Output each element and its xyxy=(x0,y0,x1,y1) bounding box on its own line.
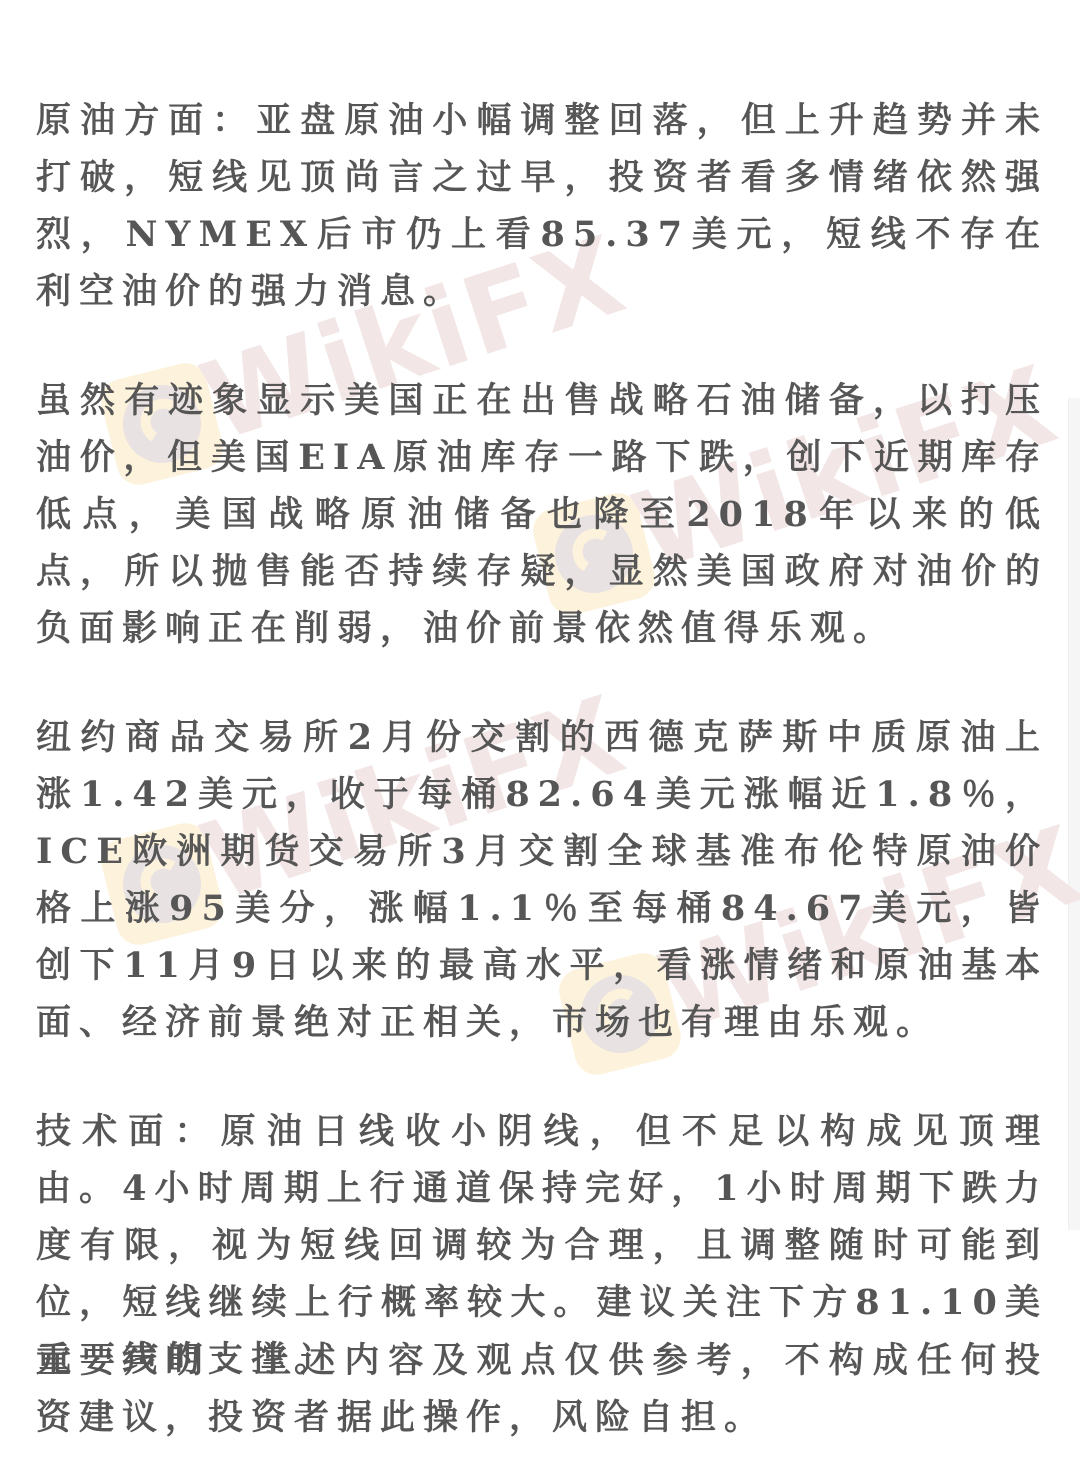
paragraph-us-reserves: 虽然有迹象显示美国正在出售战略石油储备，以打压油价，但美国EIA原油库存一路下跌… xyxy=(36,372,1048,657)
disclaimer-text: 重要声明：上述内容及观点仅供参考，不构成任何投资建议，投资者据此操作，风险自担。 xyxy=(36,1332,1048,1446)
article-body: 原油方面：亚盘原油小幅调整回落，但上升趋势并未打破，短线见顶尚言之过早，投资者看… xyxy=(36,92,1048,1388)
paragraph-crude-overview: 原油方面：亚盘原油小幅调整回落，但上升趋势并未打破，短线见顶尚言之过早，投资者看… xyxy=(36,92,1048,320)
disclaimer-section: 重要声明：上述内容及观点仅供参考，不构成任何投资建议，投资者据此操作，风险自担。 xyxy=(36,1332,1048,1446)
right-edge-panel xyxy=(1068,398,1080,1230)
paragraph-market-prices: 纽约商品交易所2月份交割的西德克萨斯中质原油上涨1.42美元，收于每桶82.64… xyxy=(36,709,1048,1051)
